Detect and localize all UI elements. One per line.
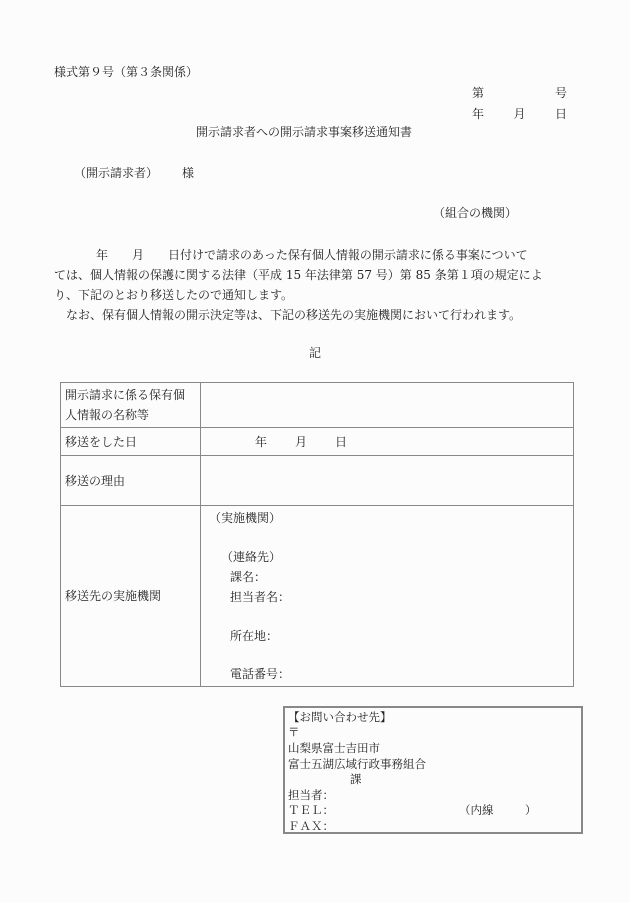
document-title: 開示請求者への開示請求事案移送通知書: [196, 126, 412, 138]
table-row: 開示請求に係る保有個 人情報の名称等: [61, 383, 574, 428]
dest-person: 担当者名：: [230, 591, 290, 603]
doc-number-suffix: 号: [555, 87, 567, 108]
label-transfer-date: 移送をした日: [61, 428, 201, 456]
form-number: 様式第９号（第３条関係）: [54, 66, 198, 78]
value-info-name: [201, 383, 574, 428]
label-destination-agency: 移送先の実施機関: [61, 506, 201, 687]
transfer-details-table: 開示請求に係る保有個 人情報の名称等 移送をした日 年月日 移送の理由 移送先の…: [60, 382, 574, 687]
label-info-name: 開示請求に係る保有個 人情報の名称等: [61, 383, 201, 428]
dest-phone: 電話番号：: [230, 668, 290, 680]
table-row: 移送の理由: [61, 456, 574, 506]
value-destination-agency: （実施機関） （連絡先） 課名： 担当者名： 所在地： 電話番号：: [201, 506, 574, 687]
inquiry-heading: 【お問い合わせ先】: [288, 712, 392, 724]
dest-contact: （連絡先）: [221, 551, 281, 563]
inquiry-extension-open: （内線: [459, 805, 494, 817]
date-day: 日: [555, 108, 567, 120]
body-paragraph-1-line-2: ては、個人情報の保護に関する法律（平成 15 年法律第 57 号）第 85 条第…: [54, 265, 580, 285]
document-date: 年 月 日: [472, 108, 567, 120]
addressee-honorific: 様: [182, 166, 194, 180]
table-row: 移送先の実施機関 （実施機関） （連絡先） 課名： 担当者名： 所在地： 電話番…: [61, 506, 574, 687]
label-transfer-reason: 移送の理由: [61, 456, 201, 506]
value-transfer-date: 年月日: [201, 428, 574, 456]
inquiry-tel: ＴＥＬ：: [288, 805, 334, 817]
date-month: 月: [513, 108, 525, 120]
inquiry-fax: ＦＡＸ：: [288, 821, 334, 833]
date-year: 年: [472, 108, 484, 120]
body-paragraph-1: 年月日付けで請求のあった保有個人情報の開示請求に係る事案について: [54, 245, 580, 265]
body-paragraph-2: なお、保有個人情報の開示決定等は、下記の移送先の実施機関において行われます。: [54, 305, 580, 325]
doc-number-prefix: 第: [472, 87, 484, 108]
inquiry-person: 担当者：: [288, 790, 334, 802]
inquiry-city: 山梨県富士吉田市: [288, 743, 380, 755]
document-number: 第 号: [472, 87, 567, 108]
inquiry-org: 富士五湖広域行政事務組合: [288, 759, 426, 771]
body-text: 年月日付けで請求のあった保有個人情報の開示請求に係る事案について ては、個人情報…: [54, 245, 580, 325]
inquiry-postal: 〒: [288, 727, 300, 739]
sender-organization: （組合の機関）: [433, 207, 517, 219]
dest-agency: （実施機関）: [209, 512, 281, 524]
dest-section: 課名：: [230, 571, 266, 583]
addressee: （開示請求者）様: [74, 167, 194, 179]
inquiry-section: 課: [350, 774, 362, 786]
table-row: 移送をした日 年月日: [61, 428, 574, 456]
inquiry-box: 【お問い合わせ先】 〒 山梨県富士吉田市 富士五湖広域行政事務組合 課 担当者：…: [283, 706, 583, 834]
body-paragraph-1-line-3: り、下記のとおり移送したので通知します。: [54, 285, 580, 305]
ki-heading: 記: [309, 347, 321, 359]
inquiry-extension-close: ）: [525, 805, 537, 817]
dest-address: 所在地：: [230, 630, 278, 642]
value-transfer-reason: [201, 456, 574, 506]
addressee-name: （開示請求者）: [74, 166, 158, 180]
